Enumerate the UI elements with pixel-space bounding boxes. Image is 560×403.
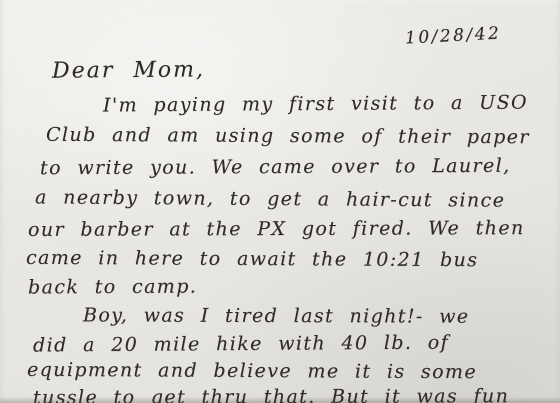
letter-line: came in here to await the 10:21 bus <box>26 247 478 271</box>
letter-line: our barber at the PX got fired. We then <box>28 217 525 241</box>
letter-line: equipment and believe me it is some <box>27 359 477 383</box>
letter-line: Club and am using some of their paper <box>46 124 530 149</box>
letter-line: tussle to get thru that. But it was fun <box>33 385 509 403</box>
letter-line: to write you. We came over to Laurel, <box>40 155 511 179</box>
letter-date: 10/28/42 <box>405 23 502 48</box>
letter-line: I'm paying my first visit to a USO <box>103 92 528 117</box>
letter-salutation: Dear Mom, <box>52 57 205 83</box>
letter-page: 10/28/42 Dear Mom, I'm paying my first v… <box>0 0 560 403</box>
letter-line: a nearby town, to get a hair-cut since <box>35 186 505 211</box>
letter-line: did a 20 mile hike with 40 lb. of <box>33 332 449 357</box>
letter-line: Boy, was I tired last night!- we <box>83 304 470 327</box>
letter-line: back to camp. <box>28 276 197 299</box>
